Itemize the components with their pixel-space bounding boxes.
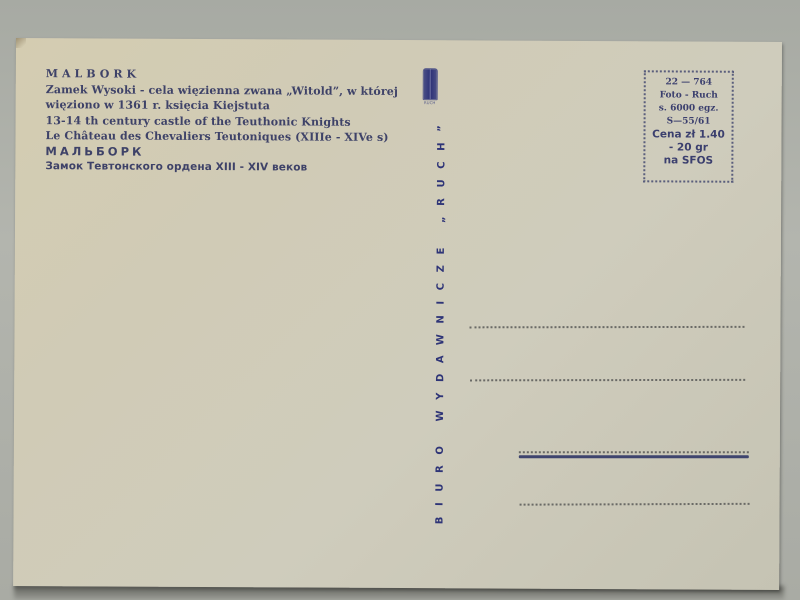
postcard-back: MALBORK Zamek Wysoki - cela więzienna zw…	[13, 38, 782, 590]
stamp-line-catalog: 22 — 764	[646, 76, 732, 89]
stamp-box: 22 — 764 Foto - Ruch s. 6000 egz. S—55/6…	[643, 70, 734, 182]
logo-sub-label: RUCH	[422, 100, 438, 105]
publisher-vertical-text: BIURO WYDAWNICZE „RUCH”	[434, 115, 447, 525]
address-underline-mark	[519, 455, 749, 458]
stamp-line-fund: na SFOS	[645, 154, 731, 167]
stamp-line-photo: Foto - Ruch	[646, 89, 732, 102]
stamp-line-price-gr: - 20 gr	[645, 141, 731, 154]
caption-title-pl: MALBORK	[46, 66, 398, 83]
stamp-line-code: S—55/61	[646, 115, 732, 128]
caption-line-fr: Le Château des Chevaliers Teutoniques (X…	[45, 128, 397, 145]
caption-line-pl-1: Zamek Wysoki - cela więzienna zwana „Wit…	[46, 82, 398, 99]
caption-line-en: 13-14 th century castle of the Teuthonic…	[46, 113, 398, 130]
caption-line-pl-2: więziono w 1361 r. księcia Kiejstuta	[46, 97, 398, 114]
stamp-line-print-run: s. 6000 egz.	[646, 102, 732, 115]
address-line	[519, 451, 749, 453]
address-line	[469, 326, 744, 328]
address-line	[470, 379, 745, 381]
stamp-line-price: Cena zł 1.40	[645, 128, 731, 141]
address-line	[520, 503, 750, 506]
logo-mark	[423, 68, 438, 100]
ruch-logo-icon: RUCH	[422, 68, 438, 108]
caption-block: MALBORK Zamek Wysoki - cela więzienna zw…	[45, 66, 398, 176]
caption-title-ru: МАЛЬБОРК	[45, 144, 397, 161]
caption-line-ru: Замок Тевтонского ордена XIII - XIV веко…	[45, 159, 397, 176]
